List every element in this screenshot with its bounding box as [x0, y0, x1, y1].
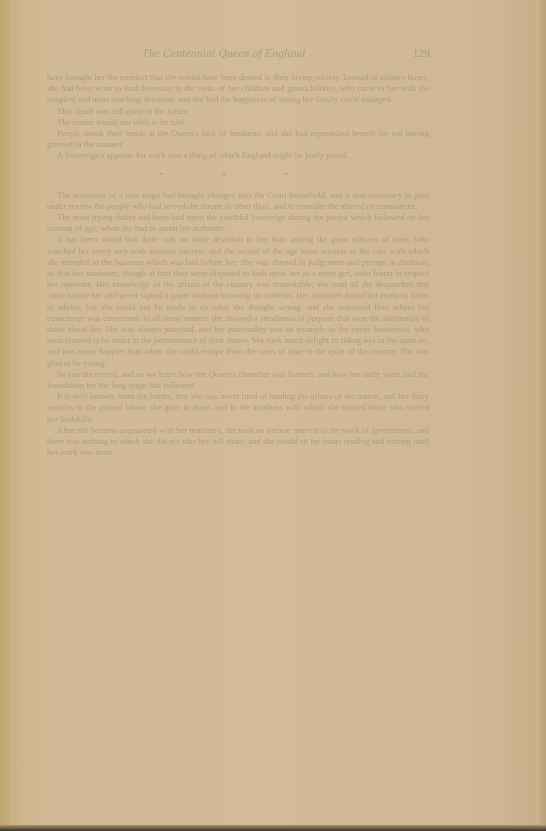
paragraph: So ran the record, and so we learn how t…: [47, 369, 429, 391]
paragraph: It is well known, from the letters, that…: [47, 391, 429, 425]
running-title: The Centennial Queen of England: [142, 48, 305, 60]
paragraph: The reader would not wish to be told.: [47, 117, 429, 128]
paragraph: After she became acquainted with her min…: [47, 425, 429, 459]
page-right-edge: [536, 0, 546, 831]
paragraph: It has been stated that there was no mor…: [47, 234, 429, 368]
body-text: have brought her the comfort that she wo…: [47, 72, 429, 459]
page-header: The Centennial Queen of England 129: [50, 48, 430, 66]
page-bottom-edge: [0, 825, 546, 831]
paragraph: That death was still quite in the future…: [47, 106, 429, 117]
paragraph: A Sovereign's appetite for work was a th…: [47, 150, 429, 161]
paragraph: The accession of a new reign had brought…: [47, 190, 429, 212]
section-break: * * *: [47, 170, 429, 182]
paragraph: People shook their heads at the Queen's …: [47, 128, 429, 150]
paragraph: The most trying duties had been laid upo…: [47, 212, 429, 234]
paragraph: have brought her the comfort that she wo…: [47, 72, 429, 106]
page-number: 129: [413, 48, 430, 60]
book-spine-edge: [0, 0, 10, 831]
